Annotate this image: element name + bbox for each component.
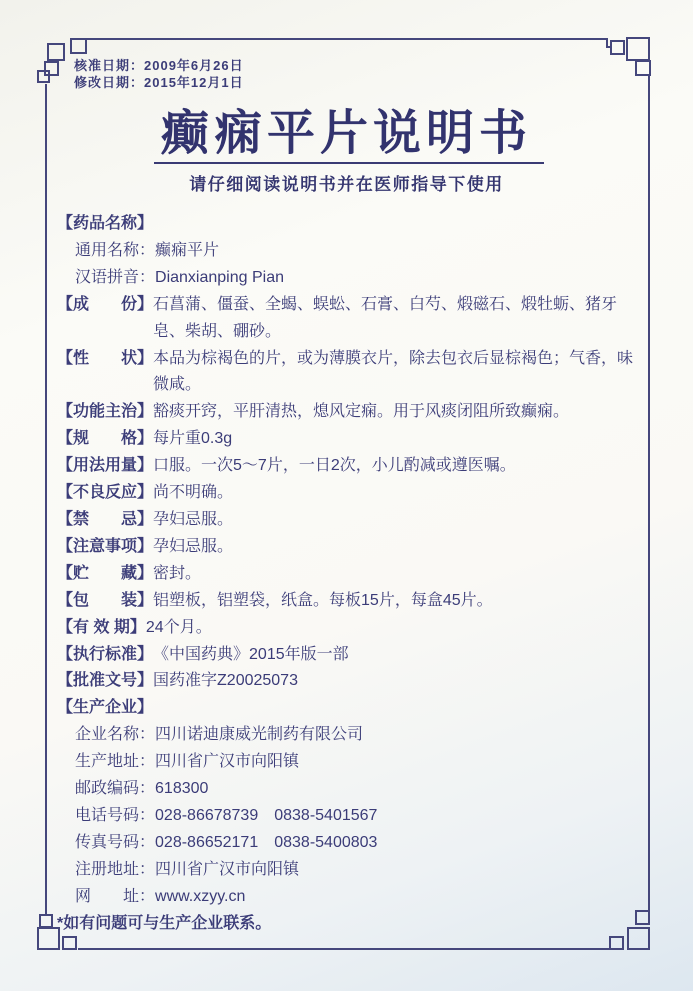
row-label: 【成 份】: [57, 292, 153, 346]
row-text: 豁痰开窍，平肝清热，熄风定痫。用于风痰闭阻所致癫痫。: [153, 399, 647, 426]
row-text: www.xzyy.cn: [155, 884, 647, 911]
sub-row: 通用名称：癫痫平片: [57, 238, 647, 265]
sub-row: 汉语拼音：Dianxianping Pian: [57, 265, 647, 292]
section-row: 【有 效 期】24个月。: [57, 615, 647, 642]
date-block: 核准日期：2009年6月26日 修改日期：2015年12月1日: [74, 57, 244, 91]
row-label: 注册地址：: [75, 857, 155, 884]
row-text: 24个月。: [146, 615, 647, 642]
section-row: 【注意事项】孕妇忌服。: [57, 534, 647, 561]
row-label: 【用法用量】: [57, 453, 153, 480]
section-row: 【生产企业】: [57, 695, 647, 722]
row-label: 传真号码：: [75, 830, 155, 857]
approval-date: 核准日期：2009年6月26日: [74, 57, 244, 74]
section-row: 【功能主治】豁痰开窍，平肝清热，熄风定痫。用于风痰闭阻所致癫痫。: [57, 399, 647, 426]
page-subtitle: 请仔细阅读说明书并在医师指导下使用: [0, 170, 693, 195]
row-text: 石菖蒲、僵蚕、全蝎、蜈蚣、石膏、白芍、煅磁石、煅牡蛎、猪牙皂、柴胡、硼砂。: [153, 292, 647, 346]
row-label: 【有 效 期】: [57, 615, 146, 642]
row-label: 生产地址：: [75, 749, 155, 776]
row-text: Dianxianping Pian: [155, 265, 647, 292]
section-row: 【药品名称】: [57, 211, 647, 238]
row-label: 通用名称：: [75, 238, 155, 265]
section-row: 【用法用量】口服。一次5～7片，一日2次，小儿酌减或遵医嘱。: [57, 453, 647, 480]
row-text: 四川诺迪康威光制药有限公司: [155, 722, 647, 749]
row-text: 本品为棕褐色的片，或为薄膜衣片，除去包衣后显棕褐色；气香，味微咸。: [153, 346, 647, 400]
row-label: 【药品名称】: [57, 211, 153, 238]
sub-row: 网 址：www.xzyy.cn: [57, 884, 647, 911]
row-text: *如有问题可与生产企业联系。: [57, 911, 647, 938]
row-label: 【规 格】: [57, 426, 153, 453]
insert-body: 【药品名称】通用名称：癫痫平片汉语拼音：Dianxianping Pian【成 …: [57, 211, 647, 937]
sub-row: 传真号码：028-86652171 0838-5400803: [57, 830, 647, 857]
package-insert-page: 核准日期：2009年6月26日 修改日期：2015年12月1日 癫痫平片说明书 …: [0, 0, 693, 991]
section-row: 【不良反应】尚不明确。: [57, 480, 647, 507]
footer-note-row: *如有问题可与生产企业联系。: [57, 911, 647, 938]
sub-row: 生产地址：四川省广汉市向阳镇: [57, 749, 647, 776]
row-label: 电话号码：: [75, 803, 155, 830]
section-row: 【禁 忌】孕妇忌服。: [57, 507, 647, 534]
row-label: 【贮 藏】: [57, 561, 153, 588]
row-label: 汉语拼音：: [75, 265, 155, 292]
row-text: 孕妇忌服。: [153, 534, 647, 561]
row-label: 【性 状】: [57, 346, 153, 400]
row-text: 尚不明确。: [153, 480, 647, 507]
row-label: 【功能主治】: [57, 399, 153, 426]
page-title: 癫痫平片说明书: [0, 94, 693, 163]
row-text: 国药准字Z20025073: [153, 668, 647, 695]
row-label: 【禁 忌】: [57, 507, 153, 534]
row-text: 癫痫平片: [155, 238, 647, 265]
row-label: 企业名称：: [75, 722, 155, 749]
sub-row: 注册地址：四川省广汉市向阳镇: [57, 857, 647, 884]
border-line-top: [86, 39, 611, 47]
row-text: 《中国药典》2015年版一部: [153, 642, 647, 669]
row-label: 【批准文号】: [57, 668, 153, 695]
section-row: 【执行标准】《中国药典》2015年版一部: [57, 642, 647, 669]
row-text: 口服。一次5～7片，一日2次，小儿酌减或遵医嘱。: [153, 453, 647, 480]
row-text: 孕妇忌服。: [153, 507, 647, 534]
sub-row: 电话号码：028-86678739 0838-5401567: [57, 803, 647, 830]
row-label: 【包 装】: [57, 588, 153, 615]
sub-row: 企业名称：四川诺迪康威光制药有限公司: [57, 722, 647, 749]
section-row: 【贮 藏】密封。: [57, 561, 647, 588]
section-row: 【规 格】每片重0.3g: [57, 426, 647, 453]
row-label: 【执行标准】: [57, 642, 153, 669]
row-label: 【不良反应】: [57, 480, 153, 507]
section-row: 【批准文号】国药准字Z20025073: [57, 668, 647, 695]
sub-row: 邮政编码：618300: [57, 776, 647, 803]
corner-ornament-top-right: [611, 38, 650, 75]
row-text: 四川省广汉市向阳镇: [155, 749, 647, 776]
title-underline: [154, 162, 544, 164]
row-text: 每片重0.3g: [153, 426, 647, 453]
row-text: 028-86652171 0838-5400803: [155, 830, 647, 857]
row-label: 网 址：: [75, 884, 155, 911]
row-label: 邮政编码：: [75, 776, 155, 803]
row-text: 618300: [155, 776, 647, 803]
row-text: 密封。: [153, 561, 647, 588]
section-row: 【包 装】铝塑板，铝塑袋，纸盒。每板15片，每盒45片。: [57, 588, 647, 615]
section-row: 【成 份】石菖蒲、僵蚕、全蝎、蜈蚣、石膏、白芍、煅磁石、煅牡蛎、猪牙皂、柴胡、硼…: [57, 292, 647, 346]
row-text: 四川省广汉市向阳镇: [155, 857, 647, 884]
revision-date: 修改日期：2015年12月1日: [74, 74, 244, 91]
row-label: 【生产企业】: [57, 695, 153, 722]
section-row: 【性 状】本品为棕褐色的片，或为薄膜衣片，除去包衣后显棕褐色；气香，味微咸。: [57, 346, 647, 400]
row-text: 铝塑板，铝塑袋，纸盒。每板15片，每盒45片。: [153, 588, 647, 615]
row-label: 【注意事项】: [57, 534, 153, 561]
row-text: 028-86678739 0838-5401567: [155, 803, 647, 830]
